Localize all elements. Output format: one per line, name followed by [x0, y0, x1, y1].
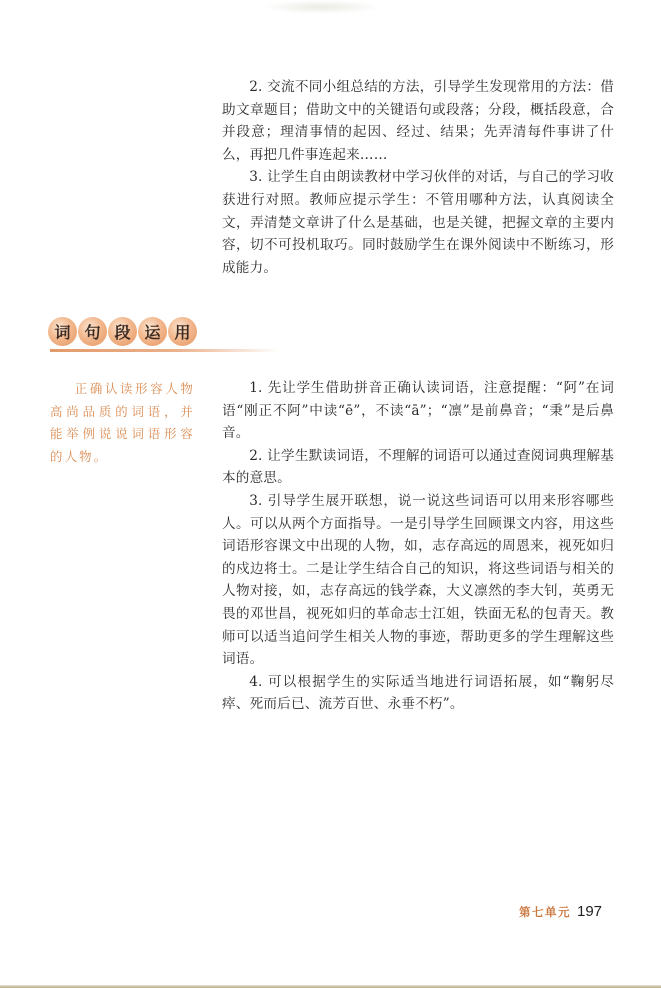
paragraph: 4. 可以根据学生的实际适当地进行词语拓展，如“鞠躬尽瘁、死而后已、流芳百世、永…	[222, 671, 614, 716]
title-bubble: 段	[108, 317, 137, 346]
paragraph: 3. 引导学生展开联想，说一说这些词语可以用来形容哪些人。可以从两个方面指导。一…	[222, 490, 614, 671]
page-footer: 第七单元 197	[519, 903, 602, 920]
section-header-ci-ju-duan-yun-yong: 词 句 段 运 用	[48, 317, 288, 357]
paragraph: 1. 先让学生借助拼音正确认读词语，注意提醒：“阿”在词语“刚正不阿”中读“ē”…	[222, 377, 614, 445]
section-title-bubbles: 词 句 段 运 用	[48, 317, 288, 346]
paragraph: 2. 交流不同小组总结的方法，引导学生发现常用的方法：借助文章题目；借助文中的关…	[222, 76, 614, 166]
upper-text-block: 2. 交流不同小组总结的方法，引导学生发现常用的方法：借助文章题目；借助文中的关…	[222, 76, 614, 279]
paragraph: 2. 让学生默读词语，不理解的词语可以通过查阅词典理解基本的意思。	[222, 445, 614, 490]
page-number: 197	[577, 903, 602, 920]
section-divider	[50, 349, 280, 352]
paragraph: 3. 让学生自由朗读教材中学习伙伴的对话，与自己的学习收获进行对照。教师应提示学…	[222, 166, 614, 279]
margin-objective-note: 正确认读形容人物高尚品质的词语，并能举例说说词语形容的人物。	[50, 378, 195, 468]
title-bubble: 词	[48, 317, 77, 346]
lower-text-block: 1. 先让学生借助拼音正确认读词语，注意提醒：“阿”在词语“刚正不阿”中读“ē”…	[222, 377, 614, 716]
unit-label: 第七单元	[519, 904, 571, 920]
title-bubble: 运	[138, 317, 167, 346]
title-bubble: 句	[78, 317, 107, 346]
title-bubble: 用	[168, 317, 197, 346]
page-smudge	[262, 0, 382, 14]
